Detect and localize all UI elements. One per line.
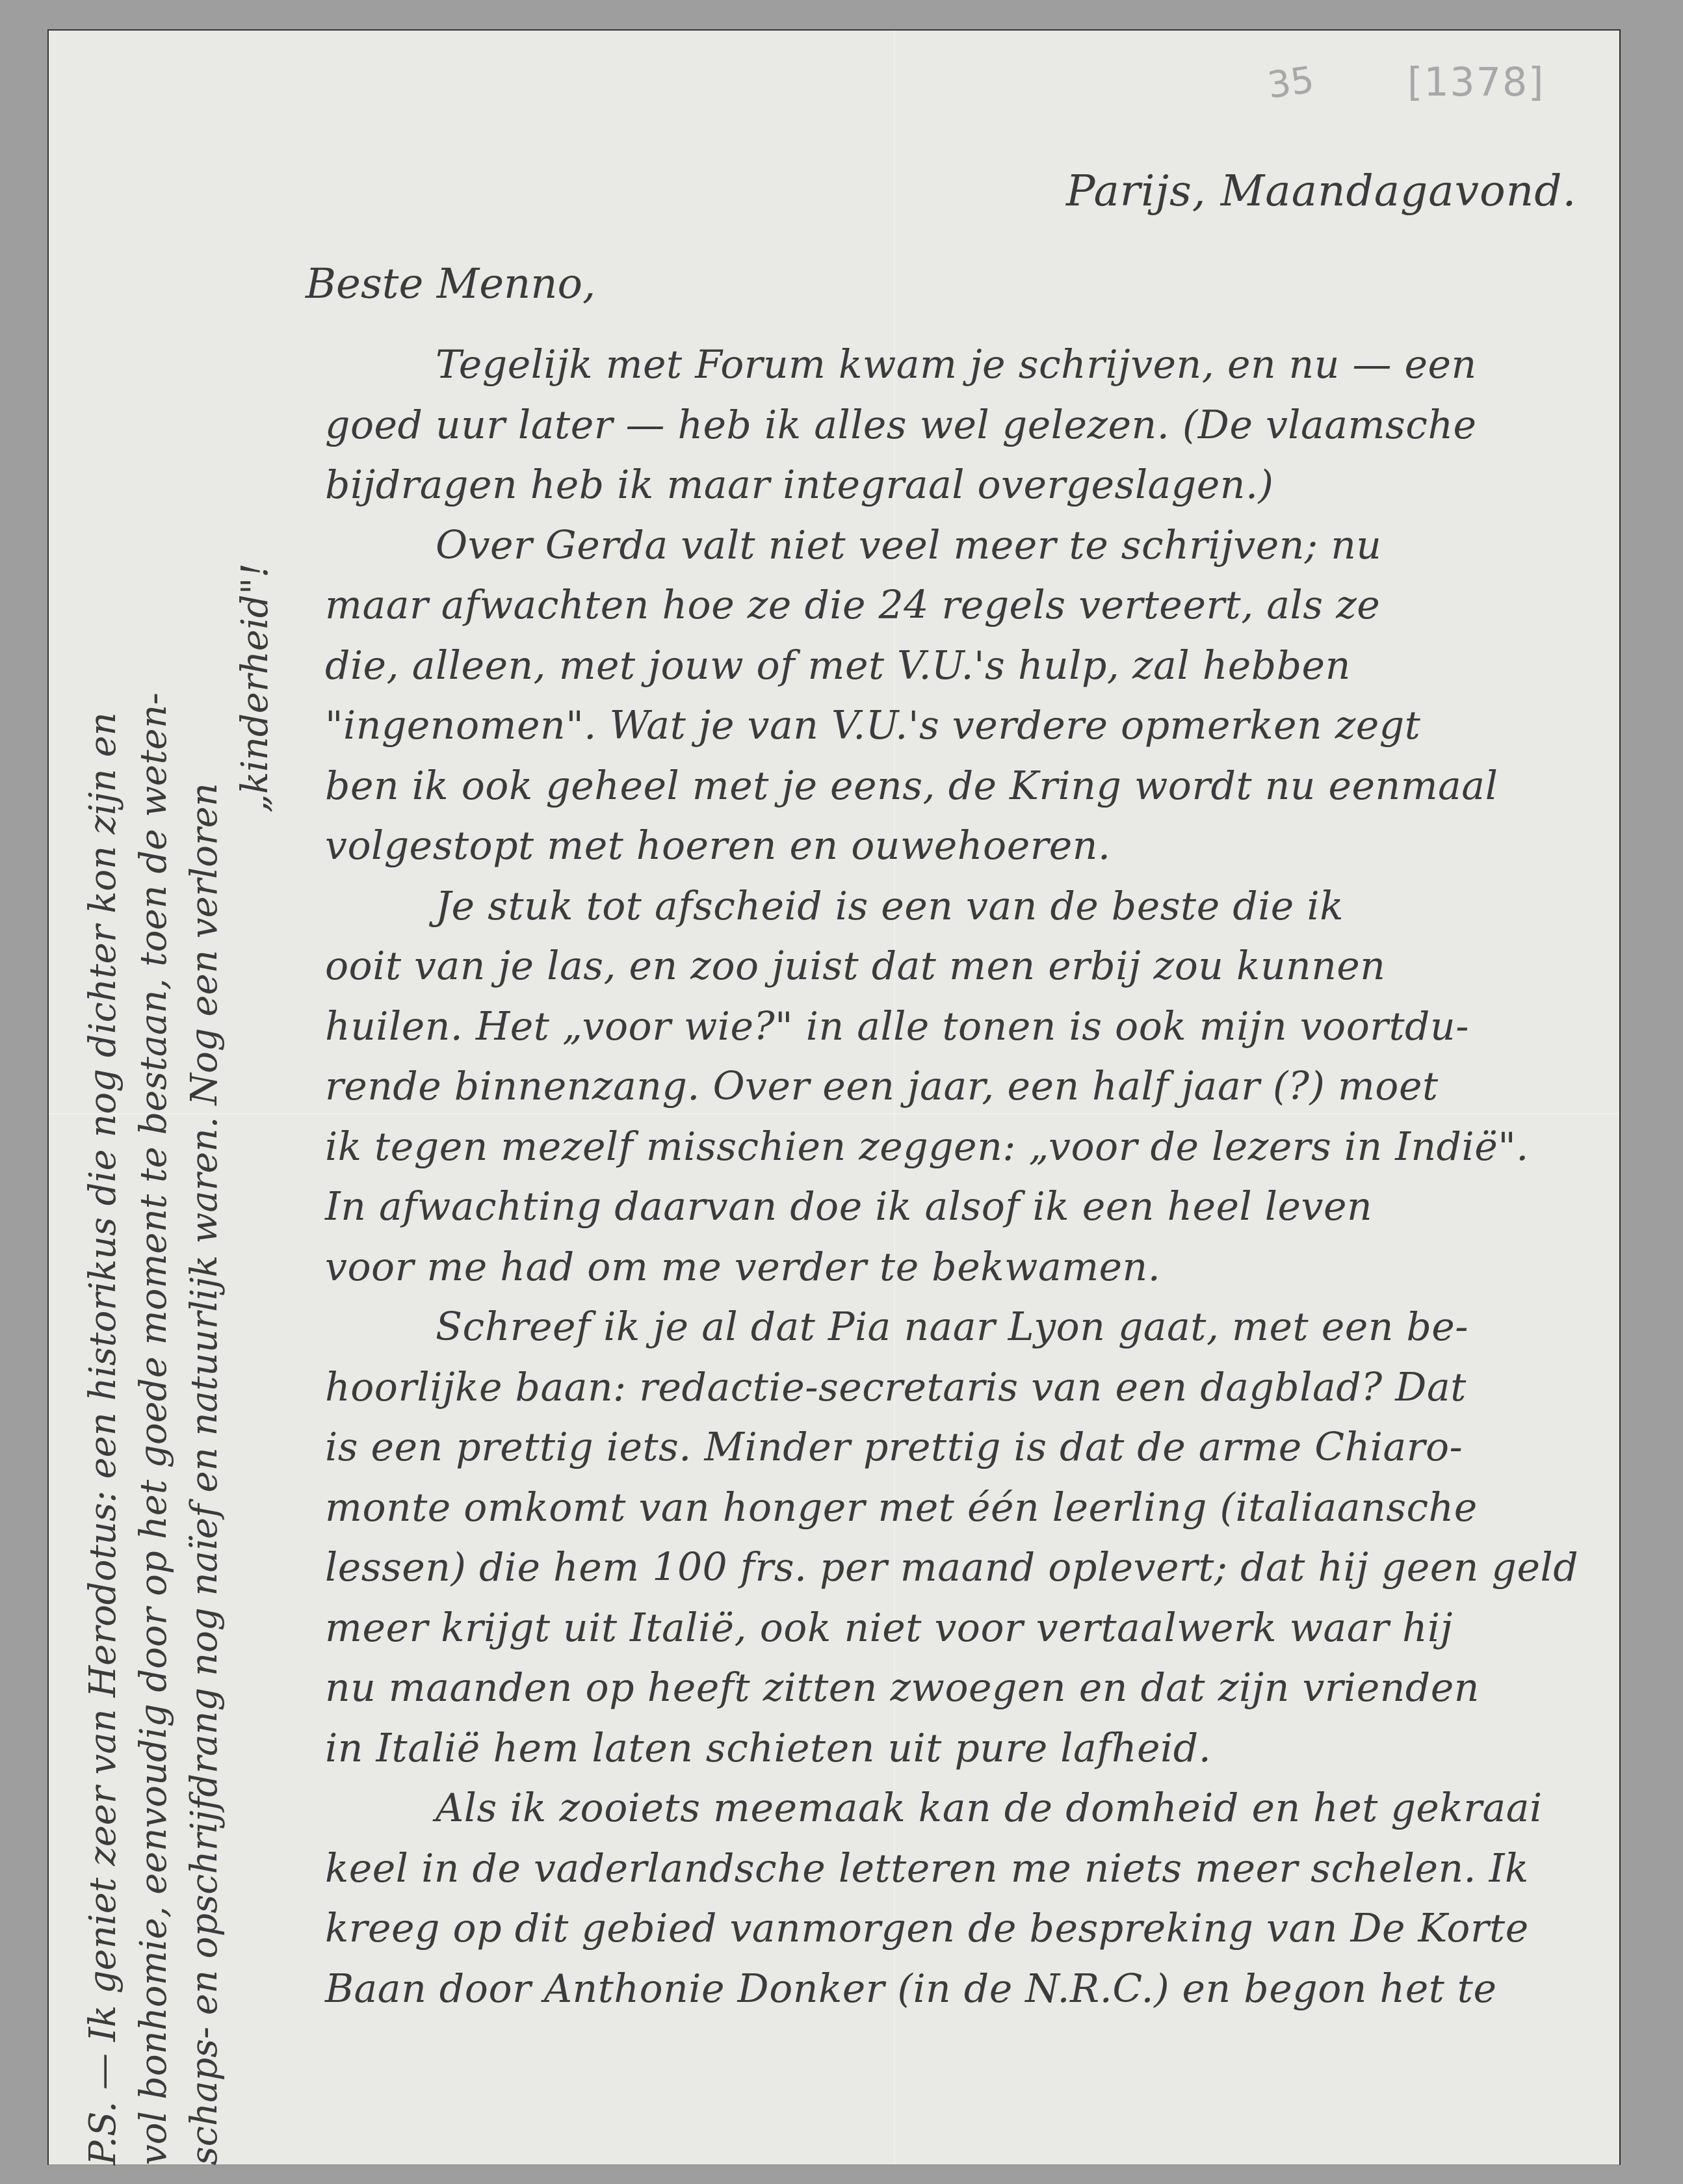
body-line: Als ik zooiets meemaak kan de domheid en… xyxy=(325,1778,1599,1839)
body-line: nu maanden op heeft zitten zwoegen en da… xyxy=(325,1658,1599,1718)
postscript-line: schaps- en opschrijfdrang nog naïef en n… xyxy=(179,449,230,2165)
body-line: kreeg op dit gebied vanmorgen de besprek… xyxy=(325,1899,1599,1959)
body-line: "ingenomen". Wat je van V.U.'s verdere o… xyxy=(325,696,1599,756)
letter-body: Tegelijk met Forum kwam je schrijven, en… xyxy=(325,335,1599,2019)
body-line: Je stuk tot afscheid is een van de beste… xyxy=(325,876,1599,937)
body-line: Tegelijk met Forum kwam je schrijven, en… xyxy=(325,335,1599,395)
body-line: rende binnenzang. Over een jaar, een hal… xyxy=(325,1057,1599,1117)
body-line: Over Gerda valt niet veel meer te schrij… xyxy=(325,516,1599,576)
body-line: goed uur later — heb ik alles wel geleze… xyxy=(325,395,1599,456)
body-line: in Italië hem laten schieten uit pure la… xyxy=(325,1718,1599,1779)
postscript-line: P.S. — Ik geniet zeer van Herodotus: een… xyxy=(78,449,129,2165)
postscript-margin-note: P.S. — Ik geniet zeer van Herodotus: een… xyxy=(78,449,312,2165)
place-date-line: Parijs, Maandagavond. xyxy=(1066,166,1576,216)
salutation: Beste Menno, xyxy=(306,260,595,308)
body-line: Schreef ik je al dat Pia naar Lyon gaat,… xyxy=(325,1297,1599,1358)
postscript-line: „kinderheid"! xyxy=(230,449,281,2165)
body-line: voor me had om me verder te bekwamen. xyxy=(325,1237,1599,1298)
body-line: hoorlijke baan: redactie-secretaris van … xyxy=(325,1358,1599,1418)
body-line: ben ik ook geheel met je eens, de Kring … xyxy=(325,756,1599,817)
body-line: ooit van je las, en zoo juist dat men er… xyxy=(325,936,1599,997)
body-line: keel in de vaderlandsche letteren me nie… xyxy=(325,1839,1599,1899)
postscript-line: vol bonhomie, eenvoudig door op het goed… xyxy=(129,449,179,2165)
body-line: Baan door Anthonie Donker (in de N.R.C.)… xyxy=(325,1959,1599,2020)
body-line: bijdragen heb ik maar integraal overgesl… xyxy=(325,455,1599,516)
body-line: monte omkomt van honger met één leerling… xyxy=(325,1478,1599,1538)
body-line: In afwachting daarvan doe ik alsof ik ee… xyxy=(325,1177,1599,1237)
body-line: meer krijgt uit Italië, ook niet voor ve… xyxy=(325,1598,1599,1659)
body-line: ik tegen mezelf misschien zeggen: „voor … xyxy=(325,1117,1599,1178)
body-line: lessen) die hem 100 frs. per maand oplev… xyxy=(325,1538,1599,1598)
body-line: die, alleen, met jouw of met V.U.'s hulp… xyxy=(325,636,1599,696)
body-line: huilen. Het „voor wie?" in alle tonen is… xyxy=(325,997,1599,1057)
body-line: maar afwachten hoe ze die 24 regels vert… xyxy=(325,575,1599,636)
body-line: is een prettig iets. Minder prettig is d… xyxy=(325,1417,1599,1478)
body-line: volgestopt met hoeren en ouwehoeren. xyxy=(325,816,1599,876)
archive-reference-number: [1378] xyxy=(1407,60,1545,105)
archive-page-number: 35 xyxy=(1265,59,1317,107)
